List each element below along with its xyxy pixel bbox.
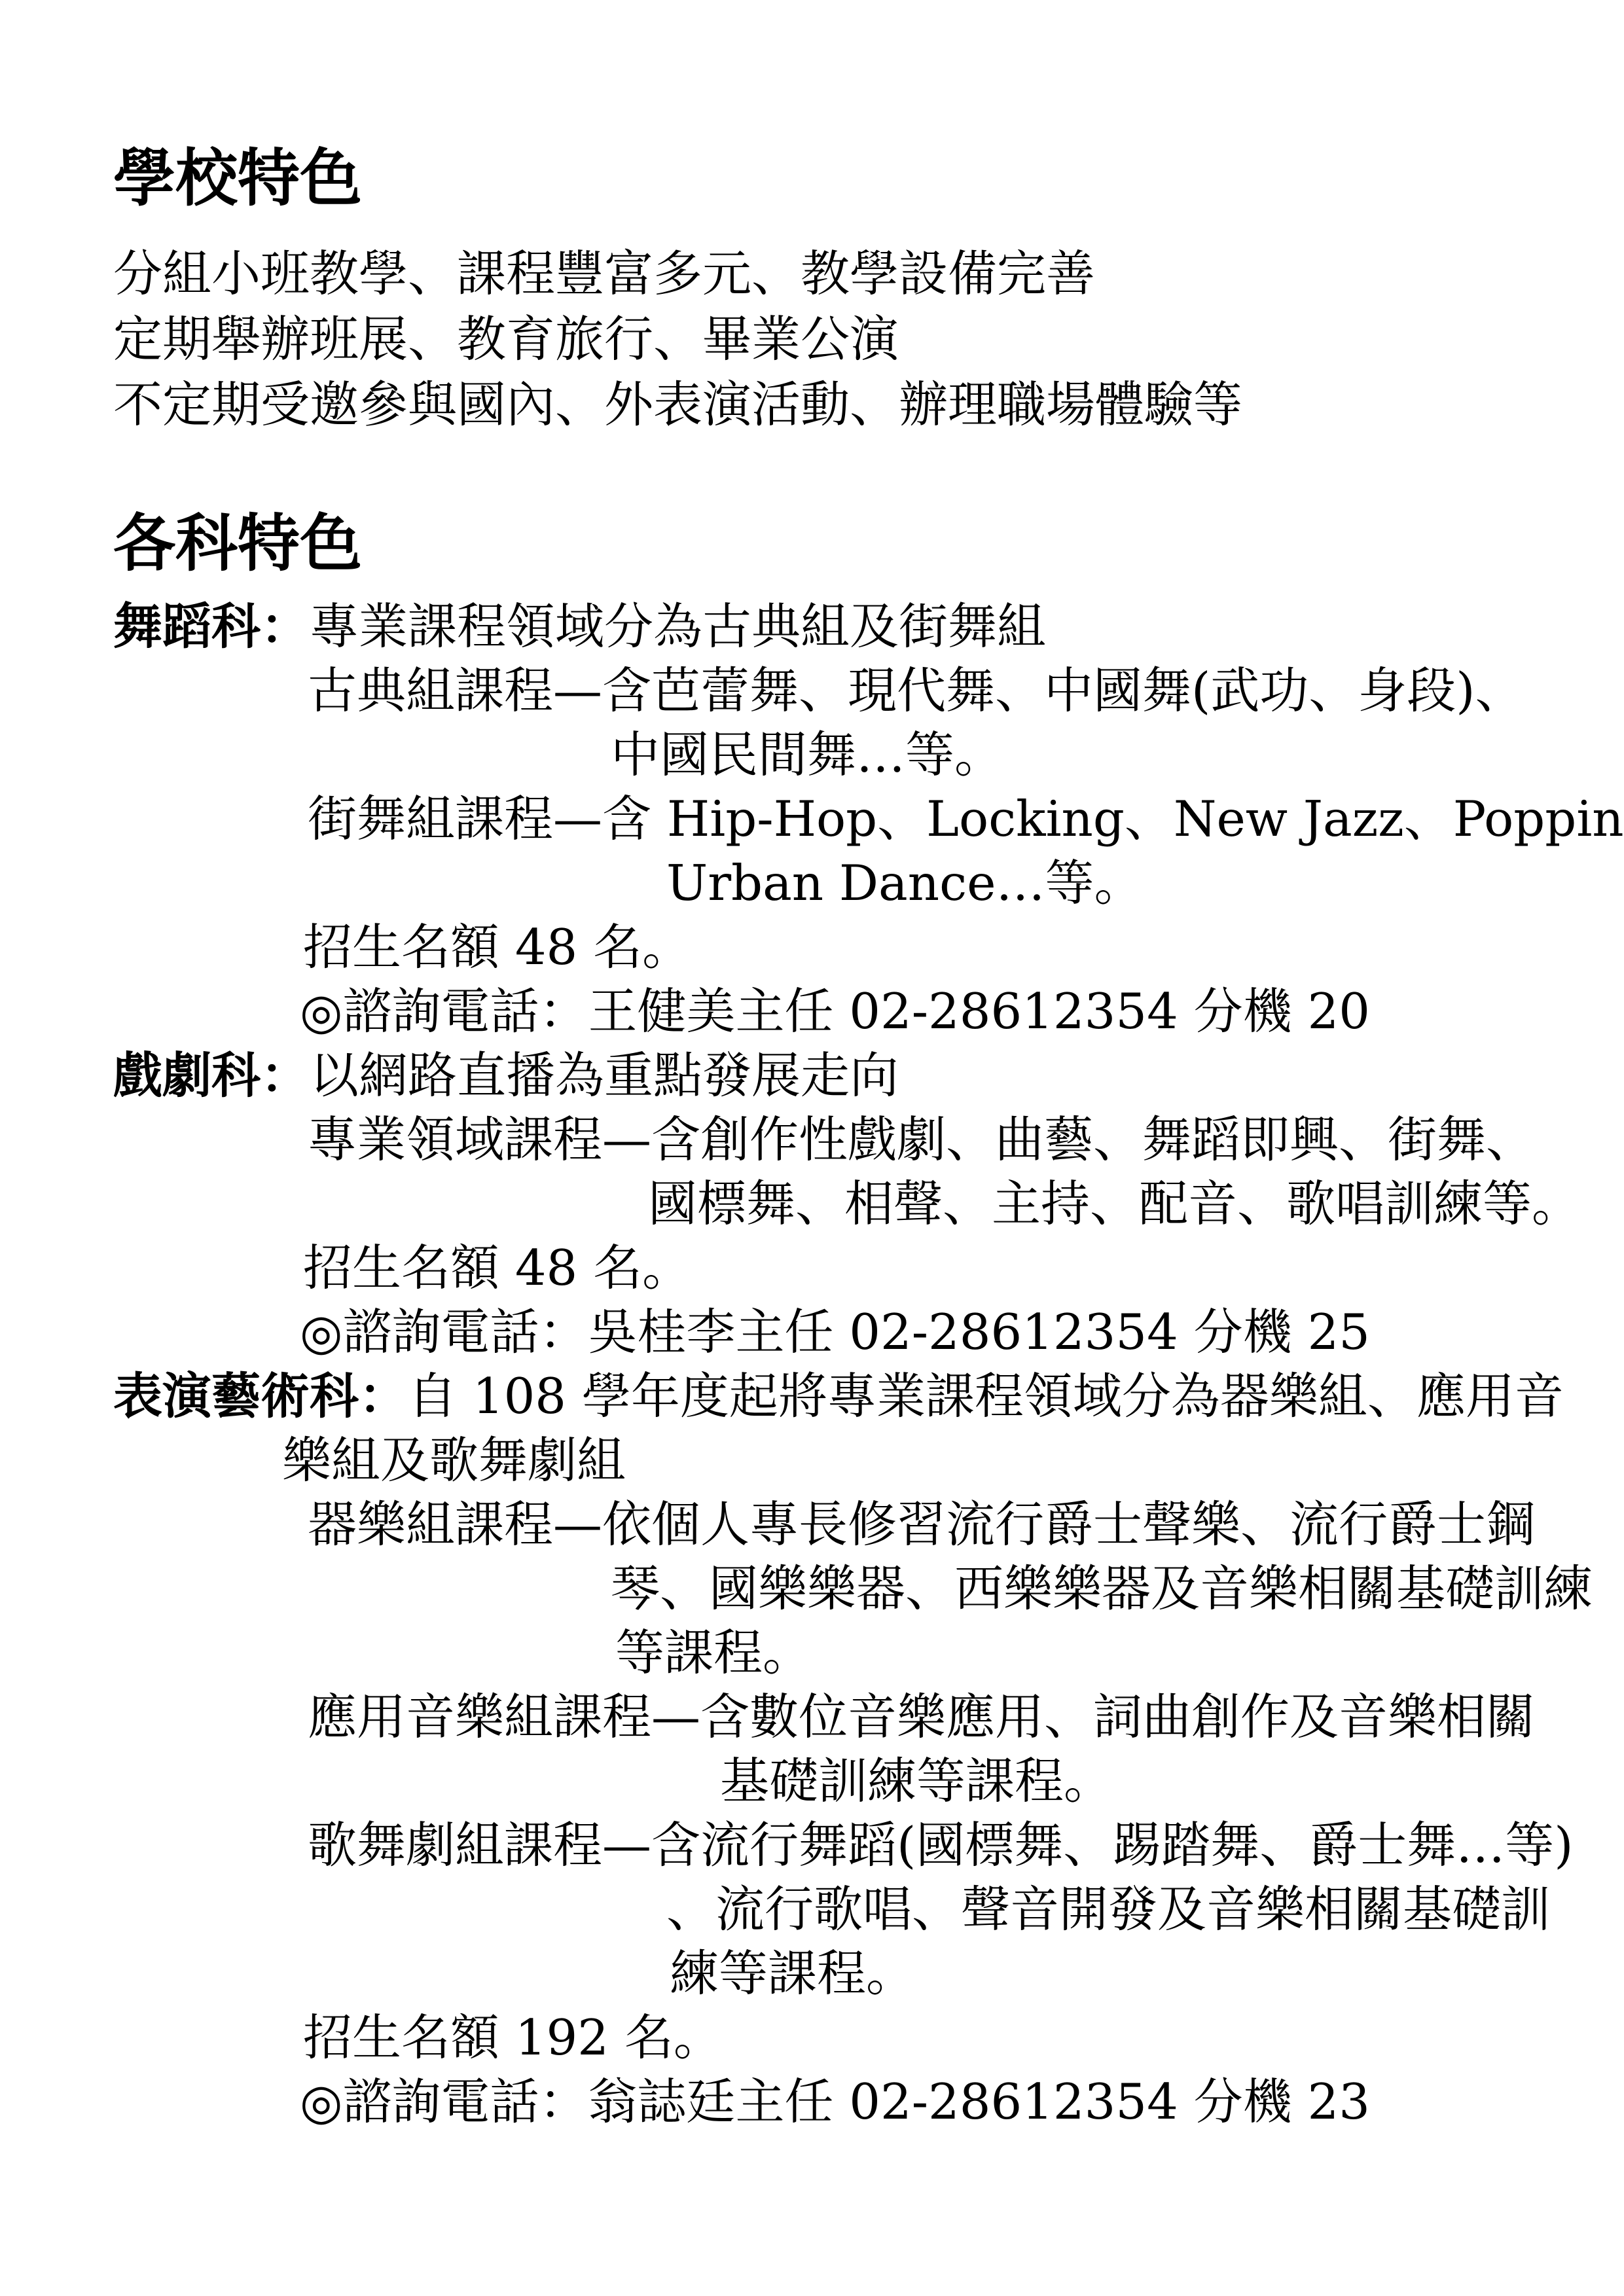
- dept-performing-instrumental-line2: 琴、國樂樂器、西樂樂器及音樂相關基礎訓練: [611, 1556, 1598, 1621]
- dept-performing-musical-line1: 歌舞劇組課程—含流行舞蹈(國標舞、踢踏舞、爵士舞…等): [308, 1813, 1598, 1877]
- dept-performing-quota: 招生名額 192 名。: [303, 2005, 1598, 2070]
- dept-performing-contact: ◎諮詢電話：翁誌廷主任 02-28612354 分機 23: [300, 2070, 1598, 2134]
- dept-dance-classical-line2: 中國民間舞…等。: [611, 723, 1598, 787]
- section-title-department-features: 各科特色: [113, 512, 1598, 575]
- dept-dance-classical-line1: 古典組課程—含芭蕾舞、現代舞、中國舞(武功、身段)、: [308, 658, 1598, 723]
- document-page: 學校特色 分組小班教學、課程豐富多元、教學設備完善 定期舉辦班展、教育旅行、畢業…: [0, 0, 1624, 2296]
- school-feature-item: 分組小班教學、課程豐富多元、教學設備完善: [113, 241, 1598, 306]
- dept-dance-contact: ◎諮詢電話：王健美主任 02-28612354 分機 20: [300, 979, 1598, 1043]
- dept-performing-intro-line1: 表演藝術科：自 108 學年度起將專業課程領域分為器樂組、應用音: [113, 1364, 1598, 1428]
- dept-performing-instrumental-line3: 等課程。: [615, 1621, 1598, 1685]
- school-features-list: 分組小班教學、課程豐富多元、教學設備完善 定期舉辦班展、教育旅行、畢業公演 不定…: [113, 241, 1598, 437]
- dept-dance-street-line2: Urban Dance…等。: [666, 851, 1598, 915]
- dept-performing-musical-line3: 練等課程。: [670, 1941, 1598, 2005]
- dept-dance-street-line1: 街舞組課程—含 Hip-Hop、Locking、New Jazz、Popping…: [308, 787, 1598, 851]
- dept-dance-intro-text: 專業課程領域分為古典組及街舞組: [310, 598, 1046, 655]
- dept-label-drama: 戲劇科：: [113, 1047, 310, 1104]
- dept-drama-course-line1: 專業領域課程—含創作性戲劇、曲藝、舞蹈即興、街舞、: [308, 1107, 1598, 1172]
- dept-performing-intro-text: 自 108 學年度起將專業課程領域分為器樂組、應用音: [408, 1367, 1564, 1425]
- dept-drama-course-line2: 國標舞、相聲、主持、配音、歌唱訓練等。: [648, 1172, 1598, 1236]
- dept-drama-contact: ◎諮詢電話：吳桂李主任 02-28612354 分機 25: [300, 1300, 1598, 1364]
- school-feature-item: 定期舉辦班展、教育旅行、畢業公演: [113, 306, 1598, 372]
- school-feature-item: 不定期受邀參與國內、外表演活動、辦理職場體驗等: [113, 372, 1598, 437]
- dept-dance-intro-line: 舞蹈科：專業課程領域分為古典組及街舞組: [113, 594, 1598, 658]
- dept-label-dance: 舞蹈科：: [113, 598, 310, 655]
- dept-performing-applied-line1: 應用音樂組課程—含數位音樂應用、詞曲創作及音樂相關: [308, 1685, 1598, 1749]
- department-features-list: 舞蹈科：專業課程領域分為古典組及街舞組 古典組課程—含芭蕾舞、現代舞、中國舞(武…: [113, 594, 1598, 2134]
- dept-performing-applied-line2: 基礎訓練等課程。: [720, 1749, 1598, 1813]
- dept-drama-intro-text: 以網路直播為重點發展走向: [310, 1047, 899, 1104]
- dept-label-performing-arts: 表演藝術科：: [113, 1367, 408, 1425]
- dept-performing-musical-line2: 、流行歌唱、聲音開發及音樂相關基礎訓: [666, 1877, 1598, 1941]
- dept-performing-instrumental-line1: 器樂組課程—依個人專長修習流行爵士聲樂、流行爵士鋼: [308, 1492, 1598, 1556]
- section-title-school-features: 學校特色: [113, 147, 1598, 209]
- dept-dance-quota: 招生名額 48 名。: [303, 915, 1598, 979]
- page-content: 學校特色 分組小班教學、課程豐富多元、教學設備完善 定期舉辦班展、教育旅行、畢業…: [0, 0, 1624, 2134]
- dept-drama-intro-line: 戲劇科：以網路直播為重點發展走向: [113, 1043, 1598, 1107]
- dept-performing-intro-line2: 樂組及歌舞劇組: [282, 1428, 1598, 1492]
- dept-drama-quota: 招生名額 48 名。: [303, 1236, 1598, 1300]
